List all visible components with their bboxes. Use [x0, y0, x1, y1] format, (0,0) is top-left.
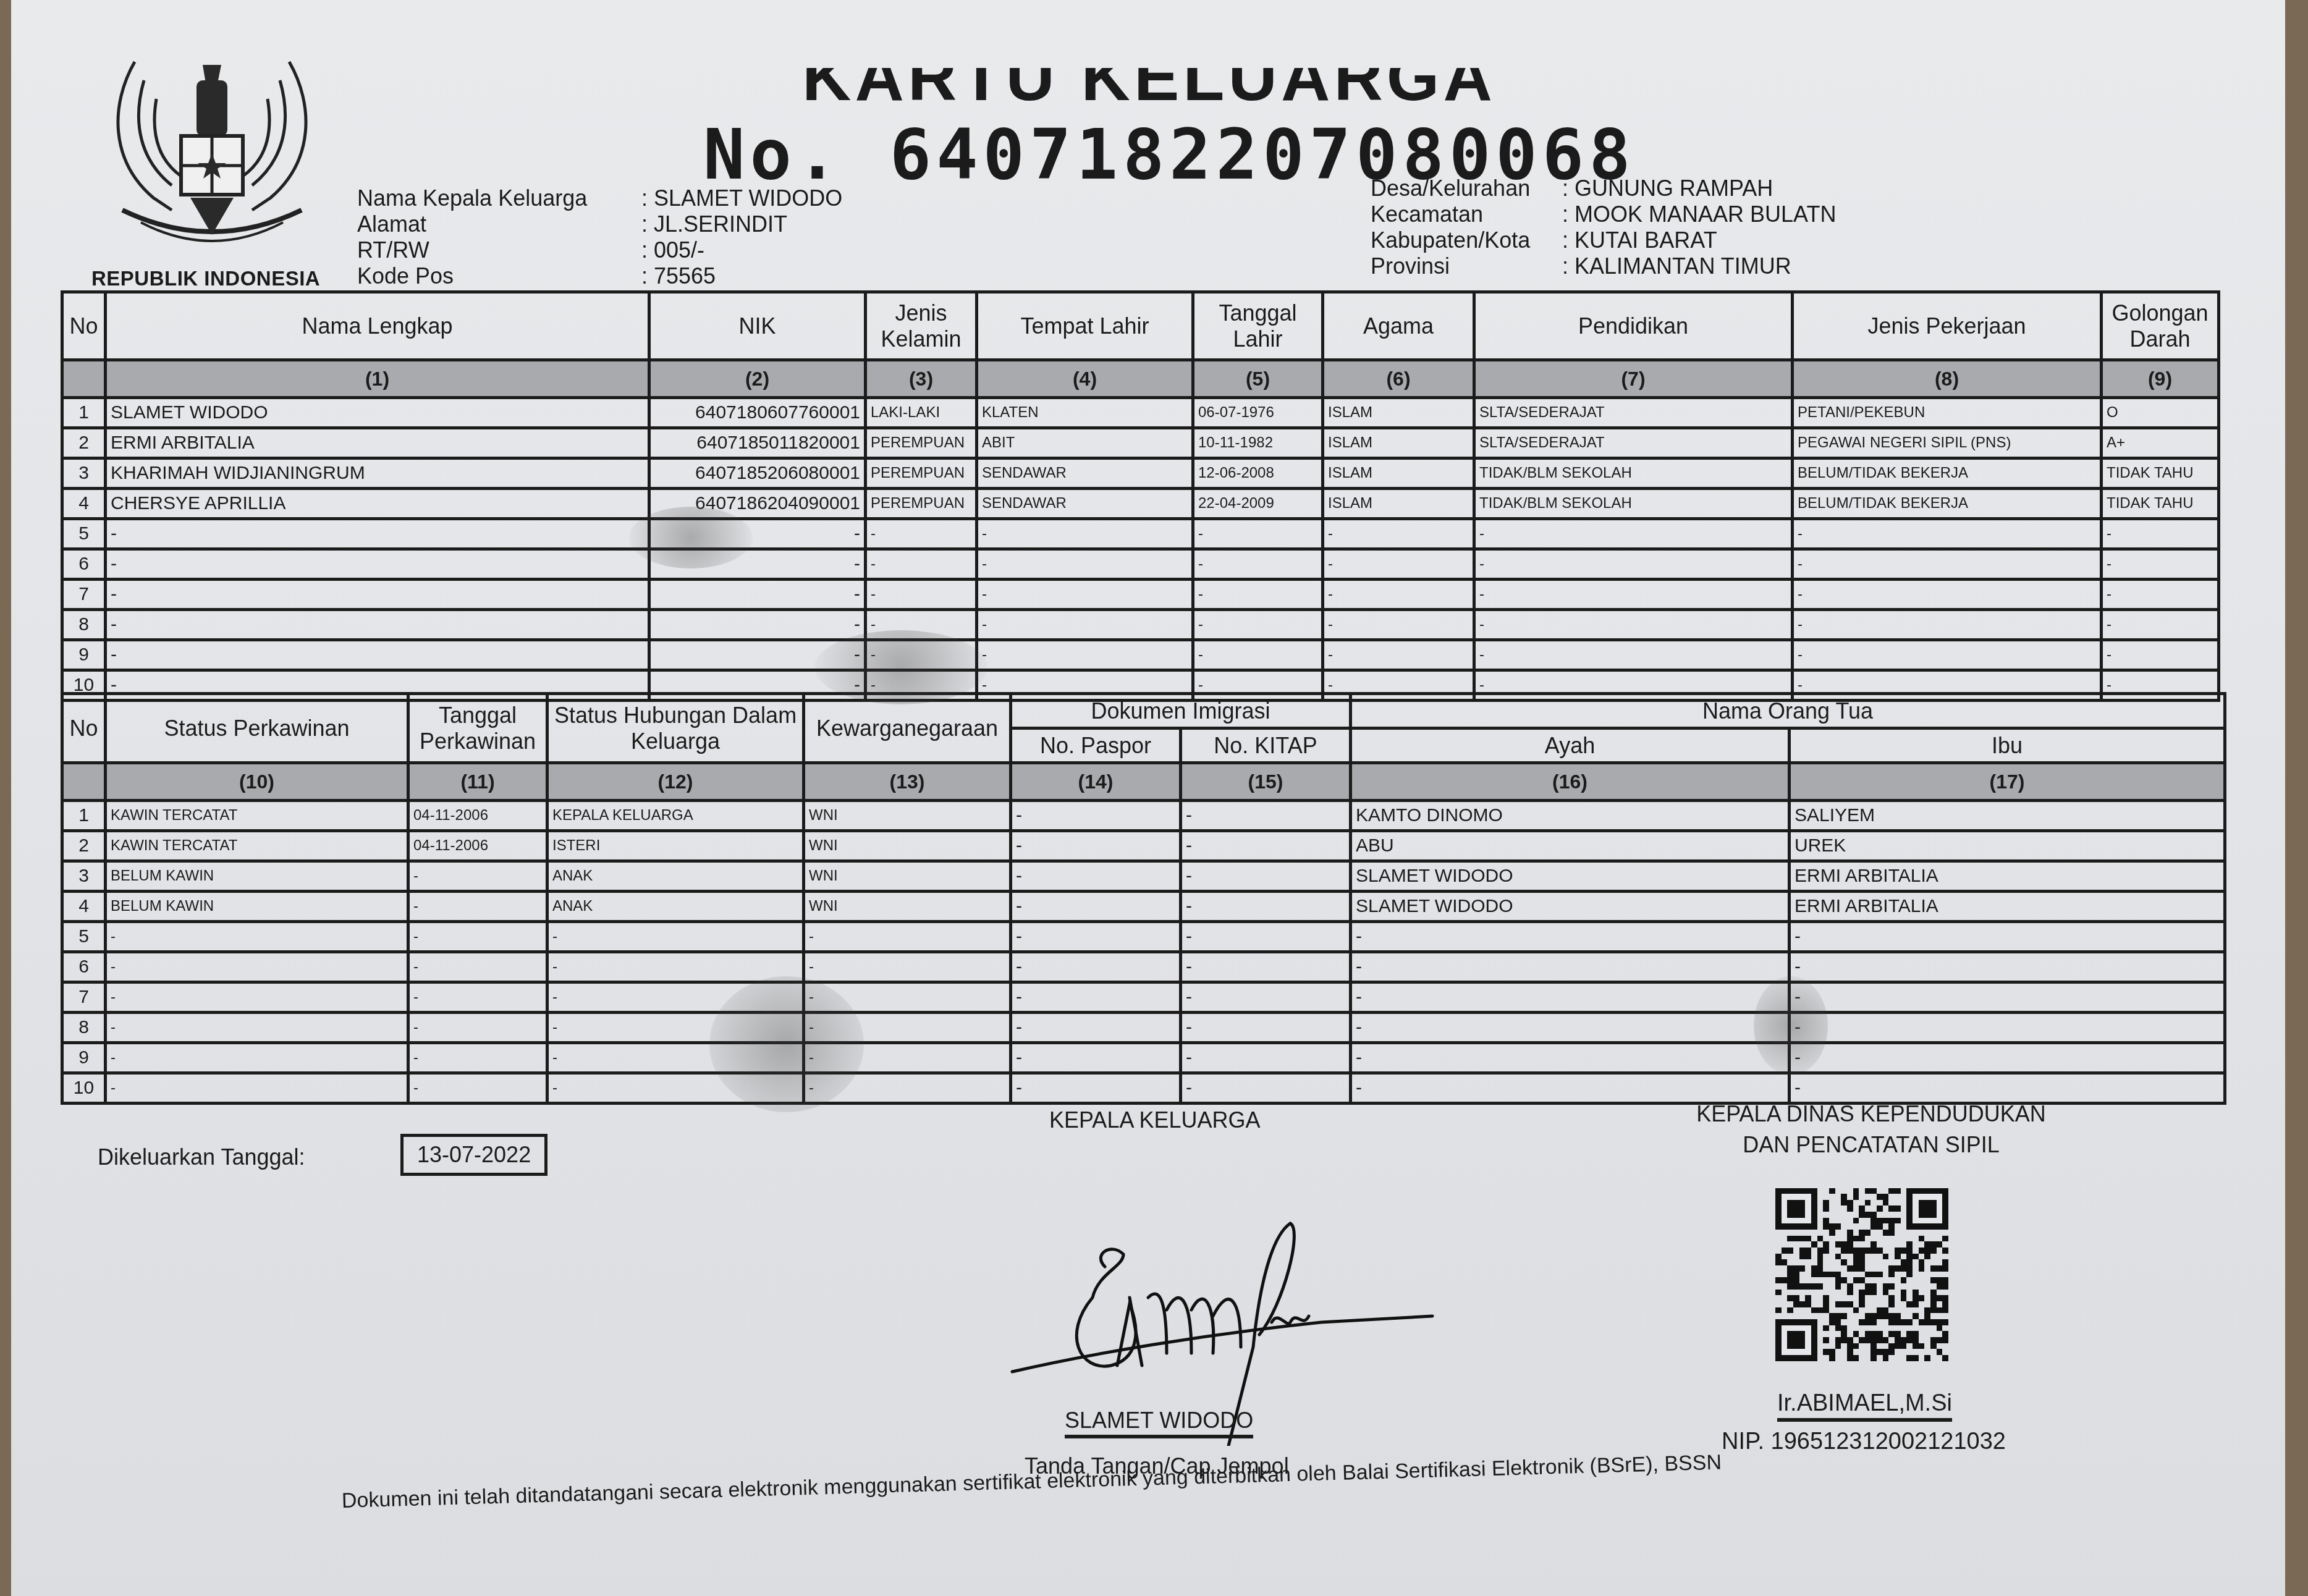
cell-mother: - [1790, 922, 2225, 952]
cell-passport: - [1011, 982, 1181, 1013]
cell-blood-type: TIDAK TAHU [2102, 458, 2219, 489]
cell-birthplace: - [977, 640, 1193, 670]
cell-occupation: PETANI/PEKEBUN [1793, 398, 2102, 428]
cell-kitap: - [1181, 892, 1351, 922]
cell-birthdate: - [1193, 580, 1323, 610]
cell-marital-status: KAWIN TERCATAT [106, 831, 408, 861]
cell-religion: ISLAM [1323, 458, 1474, 489]
col-index: (7) [1474, 360, 1793, 398]
col-header-immigration-docs: Dokumen Imigrasi [1011, 694, 1351, 728]
members-status-table: No Status Perkawinan Tanggal Perkawinan … [61, 692, 2226, 1105]
cell-no: 1 [62, 398, 106, 428]
col-header-education: Pendidikan [1474, 292, 1793, 360]
cell-kitap: - [1181, 861, 1351, 892]
cell-kitap: - [1181, 1043, 1351, 1073]
document-title: KARTU KELUARGA [802, 43, 1496, 111]
col-header-father: Ayah [1351, 728, 1790, 763]
cell-full-name: - [106, 610, 649, 640]
table-row: 5--------- [62, 519, 2219, 549]
cell-father: - [1351, 1013, 1790, 1043]
cell-relationship: ANAK [547, 892, 804, 922]
cell-no: 6 [62, 952, 106, 982]
cell-citizenship: WNI [804, 801, 1011, 831]
cell-occupation: BELUM/TIDAK BEKERJA [1793, 458, 2102, 489]
cell-no: 7 [62, 982, 106, 1013]
cell-citizenship: - [804, 952, 1011, 982]
col-index [62, 763, 106, 801]
table-row: 4CHERSYE APRILLIA6407186204090001PEREMPU… [62, 489, 2219, 519]
cell-nik: - [649, 580, 866, 610]
cell-marital-status: KAWIN TERCATAT [106, 801, 408, 831]
cell-no: 5 [62, 519, 106, 549]
col-header-no: No [62, 694, 106, 763]
cell-marriage-date: - [408, 982, 547, 1013]
cell-full-name: - [106, 580, 649, 610]
cell-mother: - [1790, 1013, 2225, 1043]
cell-marriage-date: - [408, 892, 547, 922]
col-header-no: No [62, 292, 106, 360]
cell-education: SLTA/SEDERAJAT [1474, 398, 1793, 428]
cell-marital-status: BELUM KAWIN [106, 861, 408, 892]
cell-marriage-date: - [408, 1043, 547, 1073]
cell-full-name: - [106, 549, 649, 580]
col-index: (14) [1011, 763, 1181, 801]
cell-father: SLAMET WIDODO [1351, 861, 1790, 892]
cell-nik: 6407180607760001 [649, 398, 866, 428]
family-head-signature-title: KEPALA KELUARGA [1049, 1107, 1261, 1133]
info-row-rtrw: RT/RW: 005/- [357, 237, 842, 263]
cell-mother: ERMI ARBITALIA [1790, 861, 2225, 892]
cell-birthdate: - [1193, 549, 1323, 580]
col-index: (15) [1181, 763, 1351, 801]
cell-relationship: ISTERI [547, 831, 804, 861]
emblem-caption: REPUBLIK INDONESIA [91, 267, 320, 290]
cell-passport: - [1011, 801, 1181, 831]
cell-father: - [1351, 922, 1790, 952]
cell-blood-type: - [2102, 549, 2219, 580]
cell-passport: - [1011, 952, 1181, 982]
cell-blood-type: - [2102, 580, 2219, 610]
cell-nik: - [649, 610, 866, 640]
col-index: (9) [2102, 360, 2219, 398]
cell-no: 5 [62, 922, 106, 952]
table-row: 9-------- [62, 1043, 2225, 1073]
info-row-head: Nama Kepala Keluarga: SLAMET WIDODO [357, 185, 842, 211]
cell-birthplace: KLATEN [977, 398, 1193, 428]
cell-relationship: - [547, 952, 804, 982]
cell-gender: LAKI-LAKI [866, 398, 977, 428]
cell-no: 4 [62, 489, 106, 519]
cell-passport: - [1011, 1043, 1181, 1073]
cell-marital-status: - [106, 1013, 408, 1043]
col-header-relationship: Status Hubungan Dalam Keluarga [547, 694, 804, 763]
cell-marital-status: - [106, 1073, 408, 1104]
cell-marriage-date: - [408, 1073, 547, 1104]
cell-no: 2 [62, 428, 106, 458]
cell-education: - [1474, 549, 1793, 580]
cell-no: 7 [62, 580, 106, 610]
cell-education: SLTA/SEDERAJAT [1474, 428, 1793, 458]
cell-education: - [1474, 519, 1793, 549]
cell-birthplace: - [977, 549, 1193, 580]
cell-kitap: - [1181, 801, 1351, 831]
cell-mother: SALIYEM [1790, 801, 2225, 831]
table-row: 5-------- [62, 922, 2225, 952]
number-label: No. [703, 115, 843, 195]
col-index: (8) [1793, 360, 2102, 398]
col-index: (11) [408, 763, 547, 801]
cell-mother: - [1790, 1043, 2225, 1073]
cell-religion: ISLAM [1323, 398, 1474, 428]
cell-kitap: - [1181, 1013, 1351, 1043]
col-header-mother: Ibu [1790, 728, 2225, 763]
household-info-right: Desa/Kelurahan: GUNUNG RAMPAH Kecamatan:… [1371, 175, 1836, 279]
family-card-document: REPUBLIK INDONESIA KARTU KELUARGA No. 64… [11, 0, 2285, 1596]
cell-relationship: - [547, 922, 804, 952]
cell-occupation: - [1793, 610, 2102, 640]
official-title: KEPALA DINAS KEPENDUDUKAN DAN PENCATATAN… [1667, 1099, 2075, 1160]
cell-no: 2 [62, 831, 106, 861]
cell-birthplace: SENDAWAR [977, 489, 1193, 519]
cell-passport: - [1011, 922, 1181, 952]
cell-gender: PEREMPUAN [866, 489, 977, 519]
qr-code-icon [1775, 1183, 1948, 1366]
cell-no: 8 [62, 1013, 106, 1043]
cell-blood-type: - [2102, 640, 2219, 670]
cell-kitap: - [1181, 922, 1351, 952]
cell-birthplace: - [977, 610, 1193, 640]
table-row: 9--------- [62, 640, 2219, 670]
col-index: (6) [1323, 360, 1474, 398]
cell-marriage-date: 04-11-2006 [408, 831, 547, 861]
table-row: 3BELUM KAWIN-ANAKWNI--SLAMET WIDODOERMI … [62, 861, 2225, 892]
cell-birthdate: - [1193, 640, 1323, 670]
cell-kitap: - [1181, 1073, 1351, 1104]
cell-birthplace: - [977, 580, 1193, 610]
col-header-full-name: Nama Lengkap [106, 292, 649, 360]
col-index: (5) [1193, 360, 1323, 398]
cell-mother: ERMI ARBITALIA [1790, 892, 2225, 922]
cell-religion: - [1323, 549, 1474, 580]
cell-no: 6 [62, 549, 106, 580]
col-index: (17) [1790, 763, 2225, 801]
cell-education: - [1474, 580, 1793, 610]
cell-occupation: - [1793, 580, 2102, 610]
cell-no: 9 [62, 1043, 106, 1073]
cell-passport: - [1011, 831, 1181, 861]
table-row: 7-------- [62, 982, 2225, 1013]
cell-birthplace: SENDAWAR [977, 458, 1193, 489]
table-row: 2ERMI ARBITALIA6407185011820001PEREMPUAN… [62, 428, 2219, 458]
cell-no: 9 [62, 640, 106, 670]
cell-education: TIDAK/BLM SEKOLAH [1474, 458, 1793, 489]
cell-blood-type: - [2102, 610, 2219, 640]
cell-blood-type: A+ [2102, 428, 2219, 458]
cell-passport: - [1011, 1013, 1181, 1043]
ink-smudge [629, 507, 753, 568]
cell-father: SLAMET WIDODO [1351, 892, 1790, 922]
cell-nik: 6407185011820001 [649, 428, 866, 458]
cell-relationship: KEPALA KELUARGA [547, 801, 804, 831]
cell-passport: - [1011, 1073, 1181, 1104]
cell-no: 3 [62, 458, 106, 489]
cell-religion: - [1323, 640, 1474, 670]
garuda-pancasila-emblem-icon [98, 56, 326, 266]
cell-religion: ISLAM [1323, 428, 1474, 458]
table-row: 8-------- [62, 1013, 2225, 1043]
col-index: (10) [106, 763, 408, 801]
cell-citizenship: WNI [804, 861, 1011, 892]
cell-blood-type: O [2102, 398, 2219, 428]
cell-father: - [1351, 982, 1790, 1013]
cell-birthdate: 22-04-2009 [1193, 489, 1323, 519]
info-row-district: Kecamatan: MOOK MANAAR BULATN [1371, 201, 1836, 227]
col-index [62, 360, 106, 398]
cell-birthdate: 10-11-1982 [1193, 428, 1323, 458]
cell-citizenship: WNI [804, 892, 1011, 922]
col-index: (13) [804, 763, 1011, 801]
cell-kitap: - [1181, 982, 1351, 1013]
cell-marriage-date: - [408, 922, 547, 952]
col-header-marital-status: Status Perkawinan [106, 694, 408, 763]
cell-gender: - [866, 549, 977, 580]
col-header-passport: No. Paspor [1011, 728, 1181, 763]
cell-full-name: KHARIMAH WIDJIANINGRUM [106, 458, 649, 489]
cell-father: KAMTO DINOMO [1351, 801, 1790, 831]
cell-education: - [1474, 640, 1793, 670]
cell-mother: - [1790, 952, 2225, 982]
cell-marriage-date: - [408, 1013, 547, 1043]
cell-passport: - [1011, 861, 1181, 892]
cell-birthplace: ABIT [977, 428, 1193, 458]
ink-smudge [1754, 976, 1828, 1075]
ink-smudge [814, 630, 987, 704]
cell-occupation: - [1793, 519, 2102, 549]
col-index: (1) [106, 360, 649, 398]
family-head-name: SLAMET WIDODO [1065, 1408, 1253, 1438]
cell-birthdate: 06-07-1976 [1193, 398, 1323, 428]
col-header-marriage-date: Tanggal Perkawinan [408, 694, 547, 763]
official-nip: NIP. 196512312002121032 [1722, 1429, 2006, 1455]
info-row-regency: Kabupaten/Kota: KUTAI BARAT [1371, 227, 1836, 253]
col-header-birthplace: Tempat Lahir [977, 292, 1193, 360]
col-header-birthdate: Tanggal Lahir [1193, 292, 1323, 360]
col-header-gender: Jenis Kelamin [866, 292, 977, 360]
cell-occupation: BELUM/TIDAK BEKERJA [1793, 489, 2102, 519]
cell-blood-type: - [2102, 519, 2219, 549]
col-header-occupation: Jenis Pekerjaan [1793, 292, 2102, 360]
info-row-address: Alamat: JL.SERINDIT [357, 211, 842, 237]
cell-gender: PEREMPUAN [866, 458, 977, 489]
cell-education: - [1474, 610, 1793, 640]
members-identity-table: NoNama LengkapNIKJenis KelaminTempat Lah… [61, 290, 2220, 702]
cell-no: 10 [62, 1073, 106, 1104]
cell-gender: PEREMPUAN [866, 428, 977, 458]
table-row: 3KHARIMAH WIDJIANINGRUM6407185206080001P… [62, 458, 2219, 489]
cell-gender: - [866, 580, 977, 610]
col-index: (2) [649, 360, 866, 398]
cell-occupation: - [1793, 640, 2102, 670]
cell-marital-status: - [106, 952, 408, 982]
cell-marriage-date: - [408, 952, 547, 982]
table-row: 1KAWIN TERCATAT04-11-2006KEPALA KELUARGA… [62, 801, 2225, 831]
cell-occupation: - [1793, 549, 2102, 580]
cell-father: ABU [1351, 831, 1790, 861]
cell-kitap: - [1181, 831, 1351, 861]
household-info-left: Nama Kepala Keluarga: SLAMET WIDODO Alam… [357, 185, 842, 289]
info-row-postcode: Kode Pos: 75565 [357, 263, 842, 289]
cell-birthdate: - [1193, 519, 1323, 549]
col-index: (3) [866, 360, 977, 398]
cell-marriage-date: - [408, 861, 547, 892]
ink-smudge [709, 976, 864, 1112]
col-index: (16) [1351, 763, 1790, 801]
cell-marriage-date: 04-11-2006 [408, 801, 547, 831]
cell-no: 4 [62, 892, 106, 922]
cell-birthplace: - [977, 519, 1193, 549]
table-row: 7--------- [62, 580, 2219, 610]
info-row-village: Desa/Kelurahan: GUNUNG RAMPAH [1371, 175, 1836, 201]
cell-religion: ISLAM [1323, 489, 1474, 519]
table-row: 6--------- [62, 549, 2219, 580]
cell-full-name: - [106, 519, 649, 549]
cell-full-name: CHERSYE APRILLIA [106, 489, 649, 519]
col-header-kitap: No. KITAP [1181, 728, 1351, 763]
cell-full-name: SLAMET WIDODO [106, 398, 649, 428]
cell-marital-status: - [106, 922, 408, 952]
cell-relationship: ANAK [547, 861, 804, 892]
cell-no: 8 [62, 610, 106, 640]
cell-no: 3 [62, 861, 106, 892]
issued-date-label: Dikeluarkan Tanggal: [98, 1144, 305, 1170]
cell-full-name: ERMI ARBITALIA [106, 428, 649, 458]
col-header-nik: NIK [649, 292, 866, 360]
cell-citizenship: WNI [804, 831, 1011, 861]
col-header-religion: Agama [1323, 292, 1474, 360]
cell-father: - [1351, 952, 1790, 982]
cell-occupation: PEGAWAI NEGERI SIPIL (PNS) [1793, 428, 2102, 458]
cell-marital-status: - [106, 1043, 408, 1073]
cell-birthdate: - [1193, 610, 1323, 640]
cell-education: TIDAK/BLM SEKOLAH [1474, 489, 1793, 519]
info-row-province: Provinsi: KALIMANTAN TIMUR [1371, 253, 1836, 279]
cell-nik: 6407185206080001 [649, 458, 866, 489]
cell-kitap: - [1181, 952, 1351, 982]
col-header-blood-type: Golongan Darah [2102, 292, 2219, 360]
cell-blood-type: TIDAK TAHU [2102, 489, 2219, 519]
cell-religion: - [1323, 580, 1474, 610]
cell-mother: - [1790, 982, 2225, 1013]
col-index: (4) [977, 360, 1193, 398]
cell-gender: - [866, 519, 977, 549]
cell-religion: - [1323, 519, 1474, 549]
cell-full-name: - [106, 640, 649, 670]
table-row: 6-------- [62, 952, 2225, 982]
table-row: 1SLAMET WIDODO6407180607760001LAKI-LAKIK… [62, 398, 2219, 428]
cell-citizenship: - [804, 922, 1011, 952]
table-row: 2KAWIN TERCATAT04-11-2006ISTERIWNI--ABUU… [62, 831, 2225, 861]
cell-religion: - [1323, 610, 1474, 640]
cell-mother: UREK [1790, 831, 2225, 861]
cell-passport: - [1011, 892, 1181, 922]
cell-father: - [1351, 1043, 1790, 1073]
cell-marital-status: BELUM KAWIN [106, 892, 408, 922]
col-index: (12) [547, 763, 804, 801]
issued-date-value: 13-07-2022 [400, 1134, 547, 1176]
cell-marital-status: - [106, 982, 408, 1013]
table-row: 4BELUM KAWIN-ANAKWNI--SLAMET WIDODOERMI … [62, 892, 2225, 922]
table-row: 8--------- [62, 610, 2219, 640]
cell-birthdate: 12-06-2008 [1193, 458, 1323, 489]
col-header-parents: Nama Orang Tua [1351, 694, 2225, 728]
cell-no: 1 [62, 801, 106, 831]
official-name: Ir.ABIMAEL,M.Si [1777, 1390, 1952, 1422]
